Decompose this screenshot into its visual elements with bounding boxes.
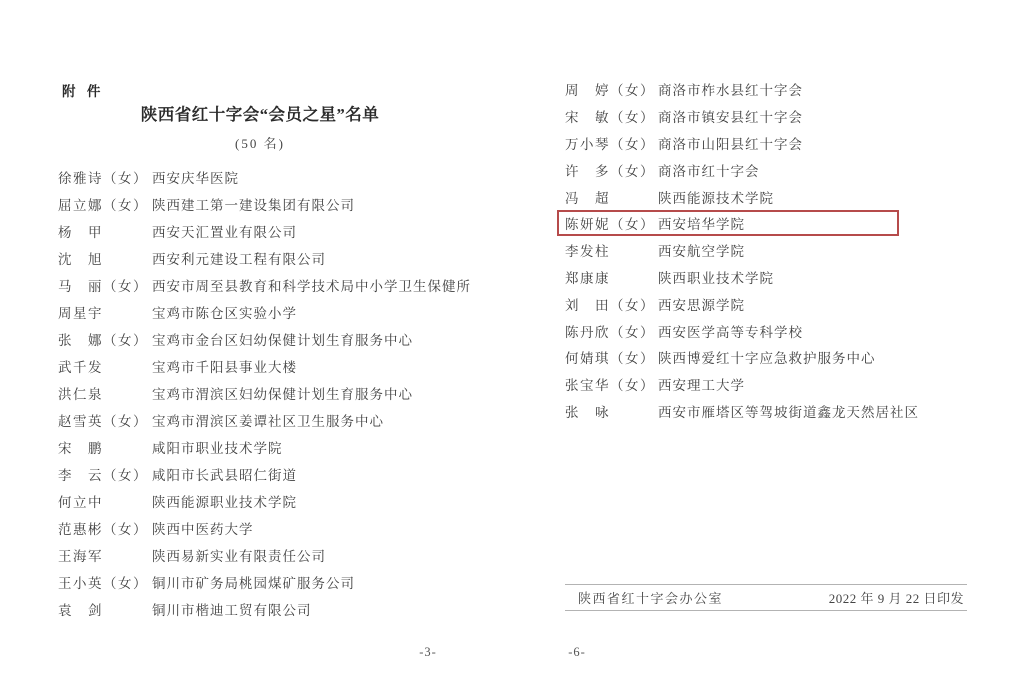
member-row: 何婧琪（女） 陕西博爱红十字应急救护服务中心 xyxy=(565,344,1000,371)
member-row: 王小英（女） 铜川市矿务局桃园煤矿服务公司 xyxy=(58,568,498,595)
member-name: 范惠彬（女） xyxy=(58,518,152,538)
member-organization: 西安培华学院 xyxy=(658,213,745,233)
member-name: 郑康康 xyxy=(565,267,658,287)
member-row: 陈丹欣（女） 西安医学高等专科学校 xyxy=(565,317,1000,344)
member-name: 许 多（女） xyxy=(565,160,658,180)
member-name: 冯 超 xyxy=(565,187,658,207)
member-row: 张宝华（女） 西安理工大学 xyxy=(565,371,1000,398)
member-name: 周星宇 xyxy=(58,302,152,322)
page-number-left: -3- xyxy=(407,645,449,660)
member-row: 周星宇 宝鸡市陈仓区实验小学 xyxy=(58,298,498,325)
member-row: 武千发 宝鸡市千阳县事业大楼 xyxy=(58,352,498,379)
page-number-right: -6- xyxy=(556,645,598,660)
member-organization: 陕西博爱红十字应急救护服务中心 xyxy=(658,347,876,367)
member-organization: 商洛市镇安县红十字会 xyxy=(658,106,803,126)
page-title: 陕西省红十字会“会员之星”名单 xyxy=(62,101,458,125)
member-organization: 宝鸡市金台区妇幼保健计划生育服务中心 xyxy=(152,329,413,349)
member-row: 张 娜（女） 宝鸡市金台区妇幼保健计划生育服务中心 xyxy=(58,325,498,352)
document-footer: 陕西省红十字会办公室 2022 年 9 月 22 日印发 xyxy=(565,584,967,611)
member-name: 徐雅诗（女） xyxy=(58,167,152,187)
member-name: 沈 旭 xyxy=(58,248,152,268)
member-organization: 陕西建工第一建设集团有限公司 xyxy=(152,194,355,214)
member-organization: 商洛市红十字会 xyxy=(658,160,760,180)
member-row: 宋 敏（女） 商洛市镇安县红十字会 xyxy=(565,103,1000,130)
member-row: 沈 旭 西安利元建设工程有限公司 xyxy=(58,244,498,271)
member-row: 周 婷（女） 商洛市柞水县红十字会 xyxy=(565,76,1000,103)
member-row: 宋 鹏 咸阳市职业技术学院 xyxy=(58,433,498,460)
member-organization: 宝鸡市千阳县事业大楼 xyxy=(152,356,297,376)
member-row: 马 丽（女） 西安市周至县教育和科学技术局中小学卫生保健所 xyxy=(58,271,498,298)
member-row: 屈立娜（女） 陕西建工第一建设集团有限公司 xyxy=(58,190,498,217)
member-name: 陈丹欣（女） xyxy=(565,321,658,341)
member-organization: 陕西职业技术学院 xyxy=(658,267,774,287)
member-name: 马 丽（女） xyxy=(58,275,152,295)
member-organization: 咸阳市长武县昭仁街道 xyxy=(152,464,297,484)
member-organization: 西安理工大学 xyxy=(658,374,745,394)
member-organization: 陕西中医药大学 xyxy=(152,518,254,538)
member-name: 王小英（女） xyxy=(58,572,152,592)
member-name: 李发柱 xyxy=(565,240,658,260)
member-organization: 西安庆华医院 xyxy=(152,167,239,187)
member-name: 张 娜（女） xyxy=(58,329,152,349)
member-row: 范惠彬（女） 陕西中医药大学 xyxy=(58,514,498,541)
member-organization: 西安天汇置业有限公司 xyxy=(152,221,297,241)
member-organization: 西安医学高等专科学校 xyxy=(658,321,803,341)
member-name: 张宝华（女） xyxy=(565,374,658,394)
attachment-label: 附 件 xyxy=(62,80,104,100)
member-name: 张 咏 xyxy=(565,401,658,421)
member-row: 万小琴（女） 商洛市山阳县红十字会 xyxy=(565,130,1000,157)
member-row: 刘 田（女） 西安思源学院 xyxy=(565,290,1000,317)
member-row: 袁 剑 铜川市楷迪工贸有限公司 xyxy=(58,595,498,622)
member-name: 刘 田（女） xyxy=(565,294,658,314)
member-name: 宋 鹏 xyxy=(58,437,152,457)
member-name: 何立中 xyxy=(58,491,152,511)
member-name: 袁 剑 xyxy=(58,599,152,619)
member-name: 王海军 xyxy=(58,545,152,565)
member-organization: 宝鸡市渭滨区妇幼保健计划生育服务中心 xyxy=(152,383,413,403)
member-row: 陈妍妮（女） 西安培华学院 xyxy=(565,210,1000,237)
member-row: 赵雪英（女） 宝鸡市渭滨区姜谭社区卫生服务中心 xyxy=(58,406,498,433)
member-name: 赵雪英（女） xyxy=(58,410,152,430)
member-name: 周 婷（女） xyxy=(565,79,658,99)
member-organization: 铜川市矿务局桃园煤矿服务公司 xyxy=(152,572,355,592)
member-organization: 西安利元建设工程有限公司 xyxy=(152,248,326,268)
member-list-right: 周 婷（女） 商洛市柞水县红十字会 宋 敏（女） 商洛市镇安县红十字会 万小琴（… xyxy=(565,76,1000,424)
member-row: 洪仁泉 宝鸡市渭滨区妇幼保健计划生育服务中心 xyxy=(58,379,498,406)
member-name: 杨 甲 xyxy=(58,221,152,241)
document-page: 附 件 陕西省红十字会“会员之星”名单 (50 名) 徐雅诗（女） 西安庆华医院… xyxy=(0,0,1024,682)
member-row: 郑康康 陕西职业技术学院 xyxy=(565,264,1000,291)
member-organization: 陕西易新实业有限责任公司 xyxy=(152,545,326,565)
member-name: 宋 敏（女） xyxy=(565,106,658,126)
member-organization: 西安市雁塔区等驾坡街道鑫龙天然居社区 xyxy=(658,401,919,421)
member-organization: 陕西能源职业技术学院 xyxy=(152,491,297,511)
member-row: 冯 超 陕西能源技术学院 xyxy=(565,183,1000,210)
member-organization: 西安思源学院 xyxy=(658,294,745,314)
member-organization: 宝鸡市陈仓区实验小学 xyxy=(152,302,297,322)
member-organization: 西安航空学院 xyxy=(658,240,745,260)
member-organization: 商洛市柞水县红十字会 xyxy=(658,79,803,99)
member-row: 王海军 陕西易新实业有限责任公司 xyxy=(58,541,498,568)
issuing-office: 陕西省红十字会办公室 xyxy=(578,588,723,607)
member-name: 万小琴（女） xyxy=(565,133,658,153)
member-organization: 商洛市山阳县红十字会 xyxy=(658,133,803,153)
member-row: 张 咏 西安市雁塔区等驾坡街道鑫龙天然居社区 xyxy=(565,398,1000,425)
member-name: 屈立娜（女） xyxy=(58,194,152,214)
member-name: 李 云（女） xyxy=(58,464,152,484)
member-name: 陈妍妮（女） xyxy=(565,213,658,233)
member-row: 李 云（女） 咸阳市长武县昭仁街道 xyxy=(58,460,498,487)
member-list-left: 徐雅诗（女） 西安庆华医院 屈立娜（女） 陕西建工第一建设集团有限公司 杨 甲 … xyxy=(58,163,498,622)
member-name: 洪仁泉 xyxy=(58,383,152,403)
print-date: 2022 年 9 月 22 日印发 xyxy=(829,588,964,607)
member-organization: 西安市周至县教育和科学技术局中小学卫生保健所 xyxy=(152,275,471,295)
member-organization: 铜川市楷迪工贸有限公司 xyxy=(152,599,312,619)
member-organization: 宝鸡市渭滨区姜谭社区卫生服务中心 xyxy=(152,410,384,430)
member-name: 武千发 xyxy=(58,356,152,376)
member-organization: 陕西能源技术学院 xyxy=(658,187,774,207)
member-count-subtitle: (50 名) xyxy=(62,133,458,152)
member-row: 杨 甲 西安天汇置业有限公司 xyxy=(58,217,498,244)
member-row: 许 多（女） 商洛市红十字会 xyxy=(565,156,1000,183)
member-organization: 咸阳市职业技术学院 xyxy=(152,437,283,457)
member-row: 何立中 陕西能源职业技术学院 xyxy=(58,487,498,514)
member-name: 何婧琪（女） xyxy=(565,347,658,367)
member-row: 李发柱 西安航空学院 xyxy=(565,237,1000,264)
member-row: 徐雅诗（女） 西安庆华医院 xyxy=(58,163,498,190)
